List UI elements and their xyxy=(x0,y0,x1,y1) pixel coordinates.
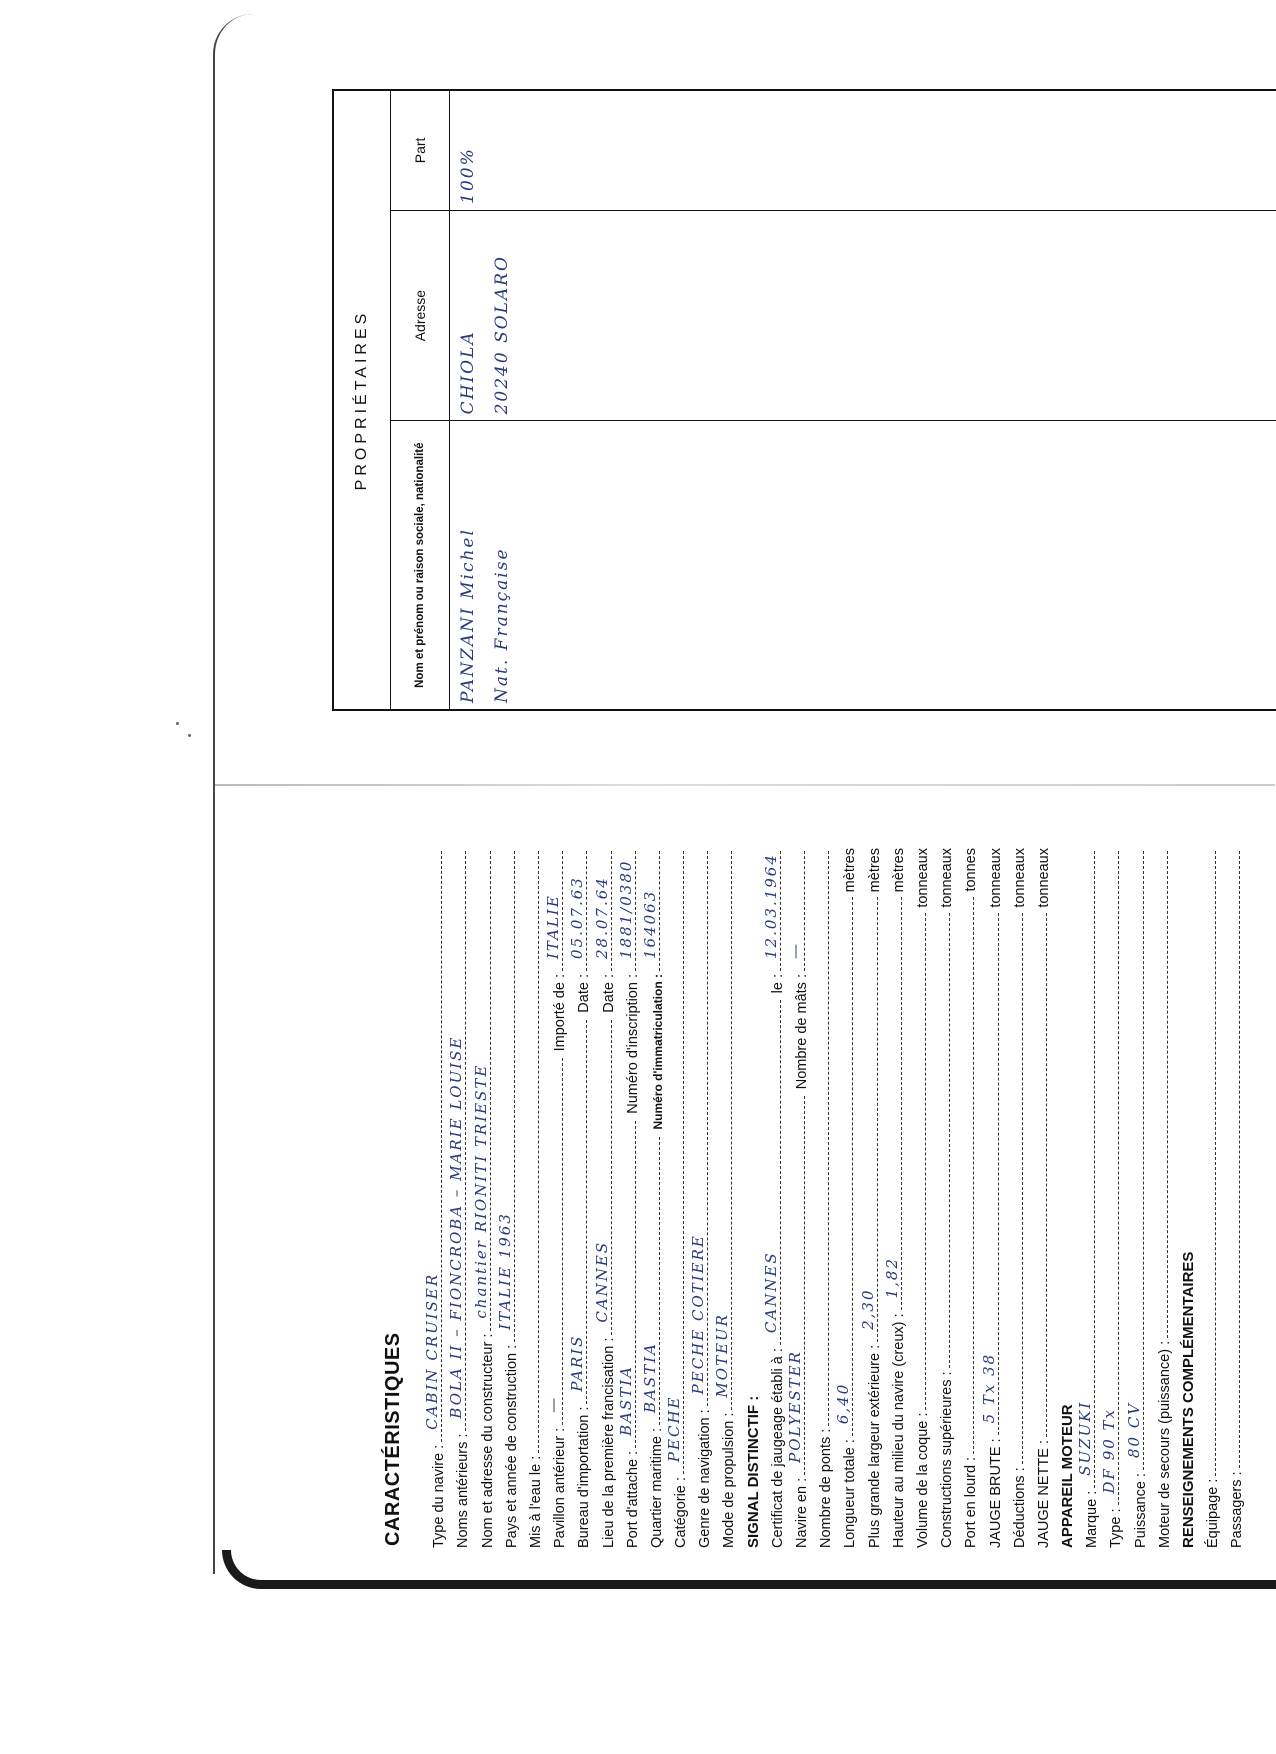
owner-address-line2: 20240 SOLARO xyxy=(492,217,512,415)
field-value: DF 90 Tx xyxy=(1100,1408,1118,1494)
field-label: Passagers : xyxy=(1229,1471,1245,1548)
field-row: Équipage : xyxy=(1197,848,1221,1548)
field-value-secondary: 05.07.63 xyxy=(568,876,586,959)
owner-name: PANZANI Michel xyxy=(458,427,478,703)
field-label: Genre de navigation : xyxy=(697,1409,713,1548)
field-unit: mètres xyxy=(891,848,907,892)
field-value-line-secondary: 164063 xyxy=(641,851,660,971)
field-value-line xyxy=(1149,851,1168,1338)
signal-section-heading: SIGNAL DISTINCTIF : xyxy=(737,848,761,1548)
field-value-line-secondary: 12.03.1964 xyxy=(762,851,781,971)
field-row: Plus grande largeur extérieure :2,30mètr… xyxy=(858,848,882,1548)
field-row: Pays et année de construction :ITALIE 19… xyxy=(496,848,520,1548)
field-label: Volume de la coque : xyxy=(915,1413,931,1548)
field-value: BASTIA xyxy=(641,1342,659,1413)
field-value: CANNES xyxy=(762,1251,780,1333)
field-label-secondary: Importé de : xyxy=(552,974,568,1051)
field-value: 80 CV xyxy=(1125,1402,1143,1458)
owners-title: PROPRIÉTAIRES xyxy=(333,90,391,710)
field-label: Moteur de secours (puissance) : xyxy=(1157,1341,1173,1548)
field-row: Nombre de ponts : xyxy=(810,848,834,1548)
field-label: Mode de propulsion : xyxy=(721,1413,737,1548)
field-value-line-secondary: 05.07.63 xyxy=(568,851,587,971)
field-unit: tonneaux xyxy=(1036,848,1052,908)
field-row: Port d'attache :BASTIANuméro d'inscripti… xyxy=(617,848,641,1548)
owners-section: PROPRIÉTAIRES Nom et prénom ou raison so… xyxy=(332,89,1276,711)
field-value: CANNES xyxy=(593,1241,611,1323)
field-label: Type : xyxy=(1108,1509,1124,1549)
column-name: Nom et prénom ou raison sociale, nationa… xyxy=(391,421,450,710)
field-label-secondary: Numéro d'immatriculation : xyxy=(651,974,665,1130)
field-label: Marque : xyxy=(1084,1491,1100,1548)
field-row: Lieu de la première francisation :CANNES… xyxy=(592,848,616,1548)
field-value: 5 Tx 38 xyxy=(980,1353,998,1424)
field-value: BASTIA xyxy=(617,1365,635,1436)
field-value-secondary: 164063 xyxy=(641,890,659,959)
field-value-line: PECHE xyxy=(665,851,684,1474)
field-value: 2,30 xyxy=(859,1288,877,1329)
field-value-line xyxy=(810,851,829,1426)
field-value-line: 1,82 xyxy=(883,897,902,1310)
field-label: Pays et année de construction : xyxy=(504,1345,520,1548)
field-label: Quartier maritime : xyxy=(649,1428,665,1548)
field-row: Type :DF 90 Tx xyxy=(1100,848,1124,1548)
field-value-line: CANNES xyxy=(593,1020,612,1335)
field-value-line: POLYESTER xyxy=(786,1096,805,1475)
field-unit: tonneaux xyxy=(939,848,955,908)
field-label: Longueur totale : xyxy=(842,1439,858,1548)
field-value-line: CABIN CRUISER xyxy=(423,851,442,1442)
extra-section-heading: RENSEIGNEMENTS COMPLÉMENTAIRES xyxy=(1173,848,1197,1548)
field-value-secondary: 28.07.64 xyxy=(593,876,611,959)
scan-speck xyxy=(188,734,191,737)
field-value-line: BASTIA xyxy=(617,1121,636,1448)
field-row: Passagers : xyxy=(1221,848,1245,1548)
field-value-line: SUZUKI xyxy=(1076,851,1095,1488)
field-label-secondary: le : xyxy=(770,974,786,993)
scan-speck xyxy=(176,722,179,725)
field-label: Catégorie : xyxy=(673,1477,689,1548)
owner-row: PANZANI Michel Nat. Française CHIOLA 202… xyxy=(450,90,1276,710)
field-unit: mètres xyxy=(842,848,858,892)
field-row: Type du navire :CABIN CRUISER xyxy=(423,848,447,1548)
field-value-line: 5 Tx 38 xyxy=(980,913,999,1436)
booklet-fold xyxy=(215,784,1275,786)
field-label-secondary: Numéro d'inscription : xyxy=(625,974,641,1114)
characteristics-section: CARACTÉRISTIQUES Type du navire :CABIN C… xyxy=(382,848,1276,1548)
field-value-line: 80 CV xyxy=(1125,851,1144,1470)
field-label: JAUGE NETTE : xyxy=(1036,1440,1052,1548)
field-value-line xyxy=(931,913,950,1369)
characteristics-fields: Type du navire :CABIN CRUISERNoms antéri… xyxy=(423,848,1245,1548)
field-label: Lieu de la première francisation : xyxy=(601,1338,617,1548)
field-value-line xyxy=(955,897,974,1454)
field-row: Volume de la coque :tonneaux xyxy=(907,848,931,1548)
field-label: Puissance : xyxy=(1133,1473,1149,1548)
field-row: Catégorie :PECHE xyxy=(665,848,689,1548)
field-value-line: DF 90 Tx xyxy=(1100,851,1119,1506)
field-value-line xyxy=(1004,913,1023,1465)
field-value-line-secondary: 1881/0380 xyxy=(617,851,636,971)
field-row: Quartier maritime :BASTIANuméro d'immatr… xyxy=(641,848,665,1548)
field-label: Équipage : xyxy=(1205,1479,1221,1548)
field-value: BOLA II – FIONCROBA – MARIE LOUISE xyxy=(447,1036,465,1419)
column-address: Adresse xyxy=(391,210,450,421)
field-label-secondary: Date : xyxy=(601,974,617,1013)
field-label: Bureau d'importation : xyxy=(576,1407,592,1548)
field-value: SUZUKI xyxy=(1076,1401,1094,1476)
field-label: Déductions : xyxy=(1012,1467,1028,1548)
field-row: Port en lourd :tonnes xyxy=(955,848,979,1548)
field-row: Marque :SUZUKI xyxy=(1076,848,1100,1548)
field-unit: tonnes xyxy=(963,848,979,892)
field-label: Pavillon antérieur : xyxy=(552,1428,568,1548)
field-row: Pavillon antérieur :—Importé de :ITALIE xyxy=(544,848,568,1548)
booklet-binding xyxy=(222,1550,1276,1589)
field-value-line: ITALIE 1963 xyxy=(496,851,515,1342)
field-value: CABIN CRUISER xyxy=(423,1273,441,1430)
field-value-line: chantier RIONITI TRIESTE xyxy=(472,851,491,1331)
field-unit: mètres xyxy=(867,848,883,892)
field-row: Moteur de secours (puissance) : xyxy=(1149,848,1173,1548)
field-row: Bureau d'importation :PARISDate :05.07.6… xyxy=(568,848,592,1548)
field-row: Longueur totale :6,40mètres xyxy=(834,848,858,1548)
field-row: JAUGE NETTE :tonneaux xyxy=(1028,848,1052,1548)
field-value-line: BASTIA xyxy=(641,1137,660,1425)
field-value-line xyxy=(1197,851,1216,1476)
field-row: Puissance :80 CV xyxy=(1124,848,1148,1548)
field-value: chantier RIONITI TRIESTE xyxy=(472,1064,490,1319)
field-row: Mode de propulsion :MOTEUR xyxy=(713,848,737,1548)
field-value: PECHE COTIERE xyxy=(689,1234,707,1394)
field-row: JAUGE BRUTE :5 Tx 38tonneaux xyxy=(979,848,1003,1548)
engine-section-heading: APPAREIL MOTEUR xyxy=(1052,848,1076,1548)
field-label: JAUGE BRUTE : xyxy=(988,1438,1004,1548)
field-label: Constructions supérieures : xyxy=(939,1372,955,1549)
characteristics-title: CARACTÉRISTIQUES xyxy=(382,848,405,1546)
field-row: Certificat de jaugeage établi à :CANNESl… xyxy=(762,848,786,1548)
field-value-line-secondary: — xyxy=(786,851,805,971)
field-row: Déductions :tonneaux xyxy=(1004,848,1028,1548)
field-value-line: PECHE COTIERE xyxy=(689,851,708,1406)
field-label: Plus grande largeur extérieure : xyxy=(867,1345,883,1548)
field-value: — xyxy=(544,1396,562,1413)
field-value-secondary: ITALIE xyxy=(544,894,562,959)
field-label: Mis à l'eau le : xyxy=(528,1456,544,1548)
field-row: Genre de navigation :PECHE COTIERE xyxy=(689,848,713,1548)
field-label: Nombre de ponts : xyxy=(818,1429,834,1548)
field-label: Port d'attache : xyxy=(625,1451,641,1548)
field-value-line-secondary: 28.07.64 xyxy=(593,851,612,971)
field-label: Nom et adresse du constructeur : xyxy=(480,1334,496,1548)
field-value-line: 2,30 xyxy=(859,897,878,1342)
field-label: Noms antérieurs : xyxy=(455,1434,471,1548)
field-label: Certificat de jaugeage établi à : xyxy=(770,1348,786,1548)
field-label: Port en lourd : xyxy=(963,1457,979,1548)
field-value-line: — xyxy=(544,1058,563,1425)
field-value: 1,82 xyxy=(883,1257,901,1298)
owner-part: 100% xyxy=(458,97,478,204)
field-value-secondary: 1881/0380 xyxy=(617,860,635,959)
field-unit: tonneaux xyxy=(988,848,1004,908)
field-value-secondary: 12.03.1964 xyxy=(762,853,780,959)
field-value-line xyxy=(1221,851,1240,1468)
field-value-line xyxy=(1028,913,1047,1437)
field-value: ITALIE 1963 xyxy=(496,1212,514,1330)
field-label: Type du navire : xyxy=(431,1445,447,1548)
field-value-line: CANNES xyxy=(762,1000,781,1345)
field-label: Navire en : xyxy=(794,1478,810,1548)
field-value-line: MOTEUR xyxy=(713,851,732,1410)
field-row: Mis à l'eau le : xyxy=(520,848,544,1548)
field-label: Hauteur au milieu du navire (creux) : xyxy=(891,1313,907,1548)
field-unit: tonneaux xyxy=(915,848,931,908)
field-value: POLYESTER xyxy=(786,1350,804,1463)
owners-table: PROPRIÉTAIRES Nom et prénom ou raison so… xyxy=(332,89,1276,711)
column-part: Part xyxy=(391,90,450,210)
field-unit: tonneaux xyxy=(1012,848,1028,908)
field-value-line xyxy=(520,851,539,1453)
field-row: Hauteur au milieu du navire (creux) :1,8… xyxy=(883,848,907,1548)
field-label-secondary: Nombre de mâts : xyxy=(794,974,810,1089)
field-value-secondary: — xyxy=(786,942,804,959)
field-value-line: BOLA II – FIONCROBA – MARIE LOUISE xyxy=(447,851,466,1431)
field-row: Constructions supérieures :tonneaux xyxy=(931,848,955,1548)
owner-address-line1: CHIOLA xyxy=(458,217,478,415)
field-label-secondary: Date : xyxy=(576,974,592,1013)
field-row: Nom et adresse du constructeur :chantier… xyxy=(471,848,495,1548)
field-value-line: PARIS xyxy=(568,1020,587,1404)
field-value-line-secondary: ITALIE xyxy=(544,851,563,971)
field-value: 6,40 xyxy=(834,1383,852,1424)
field-row: Noms antérieurs :BOLA II – FIONCROBA – M… xyxy=(447,848,471,1548)
field-value-line: 6,40 xyxy=(834,897,853,1436)
owner-nationality: Nat. Française xyxy=(492,427,512,703)
field-value: PARIS xyxy=(568,1335,586,1392)
field-row: Navire en :POLYESTERNombre de mâts :— xyxy=(786,848,810,1548)
field-value: MOTEUR xyxy=(713,1313,731,1398)
field-value: PECHE xyxy=(665,1396,683,1463)
field-value-line xyxy=(907,913,926,1410)
